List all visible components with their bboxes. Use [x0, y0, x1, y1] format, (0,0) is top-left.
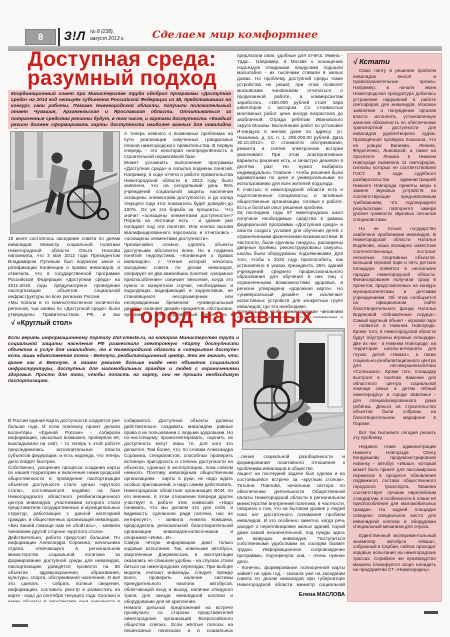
article1-lead: Координационный совет при Министерстве т…	[8, 90, 234, 129]
footer-dash-left	[12, 624, 28, 627]
sidebar-paragraph: Вот так пытаемся сегодня решать эту проб…	[353, 430, 436, 441]
article1-headline: Доступная среда: разумный подход	[8, 50, 236, 88]
sidebar-title: √ Кстати	[353, 57, 436, 66]
newspaper-page: 8 З!Л № 8 (238), август 2013 г. Сделаем …	[0, 0, 450, 637]
page-number: 8	[25, 29, 56, 45]
footer-dash-right	[424, 611, 438, 614]
article2-column2: собираются. Доступные объекты должны дей…	[124, 418, 233, 632]
sidebar-paragraph: Недавно главе администрации Нижнего Новг…	[353, 444, 436, 530]
article1-column2: А теперь немного о возможных проблемах н…	[124, 131, 233, 318]
issue-date: август 2013 г.	[90, 36, 125, 43]
newspaper-logo: З!Л	[64, 29, 85, 43]
check-icon: √	[11, 320, 15, 327]
sidebar-kstati: √ Кстати Свою лепту в решение проблем ин…	[347, 53, 442, 602]
issue-info: № 8 (238), август 2013 г.	[90, 29, 125, 43]
article2-column1: В России единая Карта доступности создаё…	[8, 418, 120, 602]
sidebar-paragraph: Единственный экспериментальный экземпляр…	[353, 533, 436, 573]
photo-wheelchair-van-illustration	[243, 329, 344, 449]
check-icon: √	[353, 57, 357, 66]
sidebar-paragraph: Свою лепту в решение проблем инвалидов в…	[353, 68, 436, 223]
sidebar-title-label: Кстати	[359, 57, 390, 66]
newspaper-slogan: Сделаем мир комфортнее	[140, 29, 330, 41]
article2-kicker-label: «Круглый стол»	[17, 320, 72, 327]
sidebar-paragraph: Но не только государство озабочено пробл…	[353, 226, 436, 427]
masthead-divider	[58, 28, 60, 46]
article2-kicker: √ «Круглый стол»	[11, 320, 97, 327]
photo-wheelchair-ramp	[10, 131, 120, 234]
article2-headline: Город на равных	[96, 306, 346, 328]
article1-column3: предлагали свои, удобные для отчёта. Име…	[237, 53, 343, 318]
photo-wheelchair-ramp-illustration	[11, 132, 119, 233]
article2-column3: ...ления социальной разобщённости и форм…	[237, 454, 345, 588]
article2-lead: Если верить информационному порталу zhit…	[8, 336, 239, 416]
article1-headline-line2: разумный подход	[8, 69, 236, 88]
photo-wheelchair-van	[242, 328, 345, 450]
issue-number: № 8 (238),	[90, 29, 125, 36]
article2-byline: Елена МАСЛОВА	[237, 592, 345, 598]
